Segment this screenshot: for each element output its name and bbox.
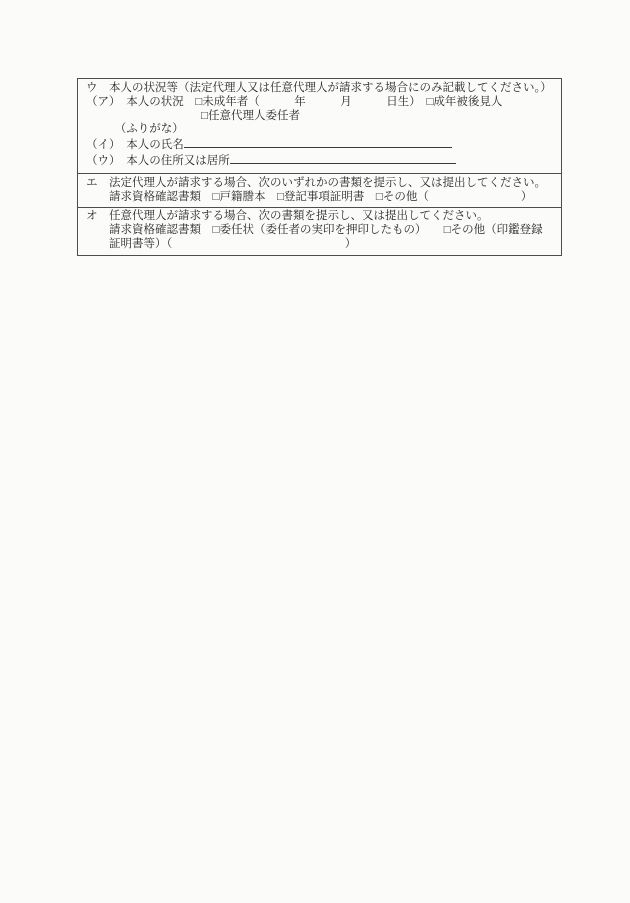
row-u-heading: ウ 本人の状況等（法定代理人又は任意代理人が請求する場合にのみ記載してください。… xyxy=(86,82,557,96)
table-row-honnin-jokyo: ウ 本人の状況等（法定代理人又は任意代理人が請求する場合にのみ記載してください。… xyxy=(78,79,561,173)
line-honnin-shimei: （イ） 本人の氏名 xyxy=(86,137,557,153)
table-row-hotei-dairinin: エ 法定代理人が請求する場合、次のいずれかの書類を提示し、又は提出してください。… xyxy=(78,173,561,208)
line-honnin-jokyo-checkboxes: （ア） 本人の状況 □未成年者（ 年 月 日生） □成年被後見人 xyxy=(86,96,557,110)
table-row-nini-dairinin: オ 任意代理人が請求する場合、次の書類を提示し、又は提出してください。 請求資格… xyxy=(78,207,561,254)
line-seikyu-shikaku-kakunin-shorui-o: 請求資格確認書類 □委任状（委任者の実印を押印したもの） □その他（印鑑登録 xyxy=(86,224,557,238)
row-o-heading: オ 任意代理人が請求する場合、次の書類を提示し、又は提出してください。 xyxy=(86,210,557,224)
honnin-shimei-label: （イ） 本人の氏名 xyxy=(86,139,184,151)
line-nini-dairinin-ininsha-checkbox: □任意代理人委任者 xyxy=(86,110,557,124)
line-honnin-jusho: （ウ） 本人の住所又は居所 xyxy=(86,153,557,169)
address-entry-rule-line xyxy=(230,153,456,164)
name-entry-rule-line xyxy=(184,137,452,148)
applicant-status-table: ウ 本人の状況等（法定代理人又は任意代理人が請求する場合にのみ記載してください。… xyxy=(77,78,562,256)
line-seikyu-shikaku-kakunin-shorui-e: 請求資格確認書類 □戸籍謄本 □登記事項証明書 □その他（ ） xyxy=(86,191,557,205)
document-page: ウ 本人の状況等（法定代理人又は任意代理人が請求する場合にのみ記載してください。… xyxy=(0,0,630,903)
line-furigana-label: （ふりがな） xyxy=(86,123,557,137)
honnin-jusho-label: （ウ） 本人の住所又は居所 xyxy=(86,155,230,167)
row-e-heading: エ 法定代理人が請求する場合、次のいずれかの書類を提示し、又は提出してください。 xyxy=(86,177,557,191)
line-shomeisho-to-continuation: 証明書等）（ ） xyxy=(86,238,557,252)
